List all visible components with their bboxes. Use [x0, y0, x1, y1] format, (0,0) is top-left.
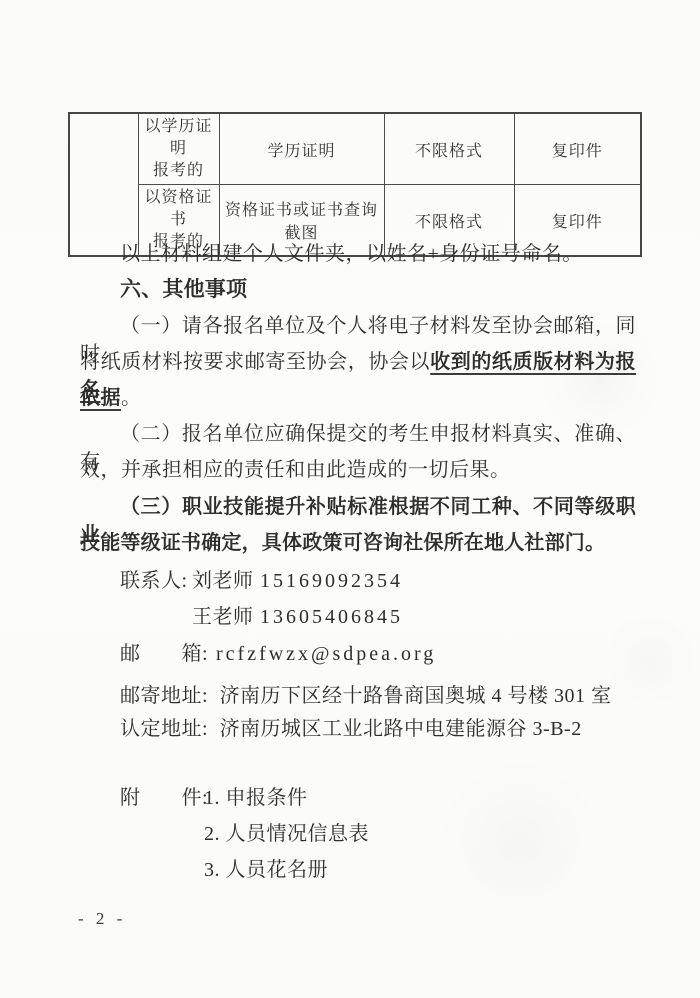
certification-address-label: 认定地址: — [120, 718, 208, 740]
mailing-address-value: 济南历下区经十路鲁商国奥城 4 号楼 301 室 — [220, 685, 612, 707]
certification-address-row: 认定地址: 济南历城区工业北路中电建能源谷 3-B-2 — [120, 715, 640, 743]
table-row: 以学历证明 报考的 学历证明 不限格式 复印件 — [69, 113, 641, 185]
contact-phone-2: 13605406845 — [260, 603, 403, 631]
mailing-address-row: 邮寄地址: 济南历下区经十路鲁商国奥城 4 号楼 301 室 — [120, 682, 640, 710]
email-row: 邮 箱: rcfzfwzx@sdpea.org — [120, 640, 640, 668]
contact-label: 联系人: — [120, 570, 188, 592]
email-value: rcfzfwzx@sdpea.org — [216, 640, 436, 668]
para1-line3-emphasis: 依据 — [80, 387, 121, 409]
contact-name-1: 刘老师 — [192, 567, 254, 595]
para2-line2: 效，并承担相应的责任和由此造成的一切后果。 — [80, 456, 636, 484]
attachment-item-3: 3. 人员花名册 — [204, 856, 700, 884]
page-number: - 2 - — [78, 909, 126, 929]
contact-name-2: 王老师 — [192, 603, 254, 631]
note-line: 以上材料组建个人文件夹，以姓名+身份证号命名。 — [80, 240, 636, 268]
table-cell-format: 不限格式 — [384, 113, 514, 185]
table-cell-material: 学历证明 — [219, 113, 384, 185]
attachments-row: 附 件: 1. 申报条件 — [120, 784, 640, 812]
table-cell-empty — [69, 113, 138, 256]
attachment-item-2: 2. 人员情况信息表 — [204, 820, 700, 848]
contact-phone-1: 15169092354 — [260, 567, 403, 595]
section-heading: 六、其他事项 — [120, 276, 247, 304]
contact-row-1: 联系人: 刘老师 15169092354 — [120, 567, 640, 595]
certification-address-value: 济南历城区工业北路中电建能源谷 3-B-2 — [220, 718, 582, 740]
para1-line3-normal: 。 — [121, 387, 142, 409]
para1-line2-normal: 将纸质材料按要求邮寄至协会，协会以 — [80, 351, 430, 373]
email-label: 邮 箱: — [120, 643, 208, 665]
document-page: 以学历证明 报考的 学历证明 不限格式 复印件 以资格证书 报考的 资格证书或证… — [0, 0, 700, 998]
mailing-address-label: 邮寄地址: — [120, 685, 208, 707]
materials-table: 以学历证明 报考的 学历证明 不限格式 复印件 以资格证书 报考的 资格证书或证… — [68, 112, 642, 257]
attachment-item-1: 1. 申报条件 — [204, 784, 308, 812]
attachments-label: 附 件: — [120, 787, 208, 809]
para3-line2: 技能等级证书确定，具体政策可咨询社保所在地人社部门。 — [80, 529, 636, 557]
table-cell-form: 复印件 — [514, 113, 641, 185]
para1-line3: 依据。 — [80, 384, 636, 412]
table-cell-category: 以学历证明 报考的 — [138, 113, 219, 185]
